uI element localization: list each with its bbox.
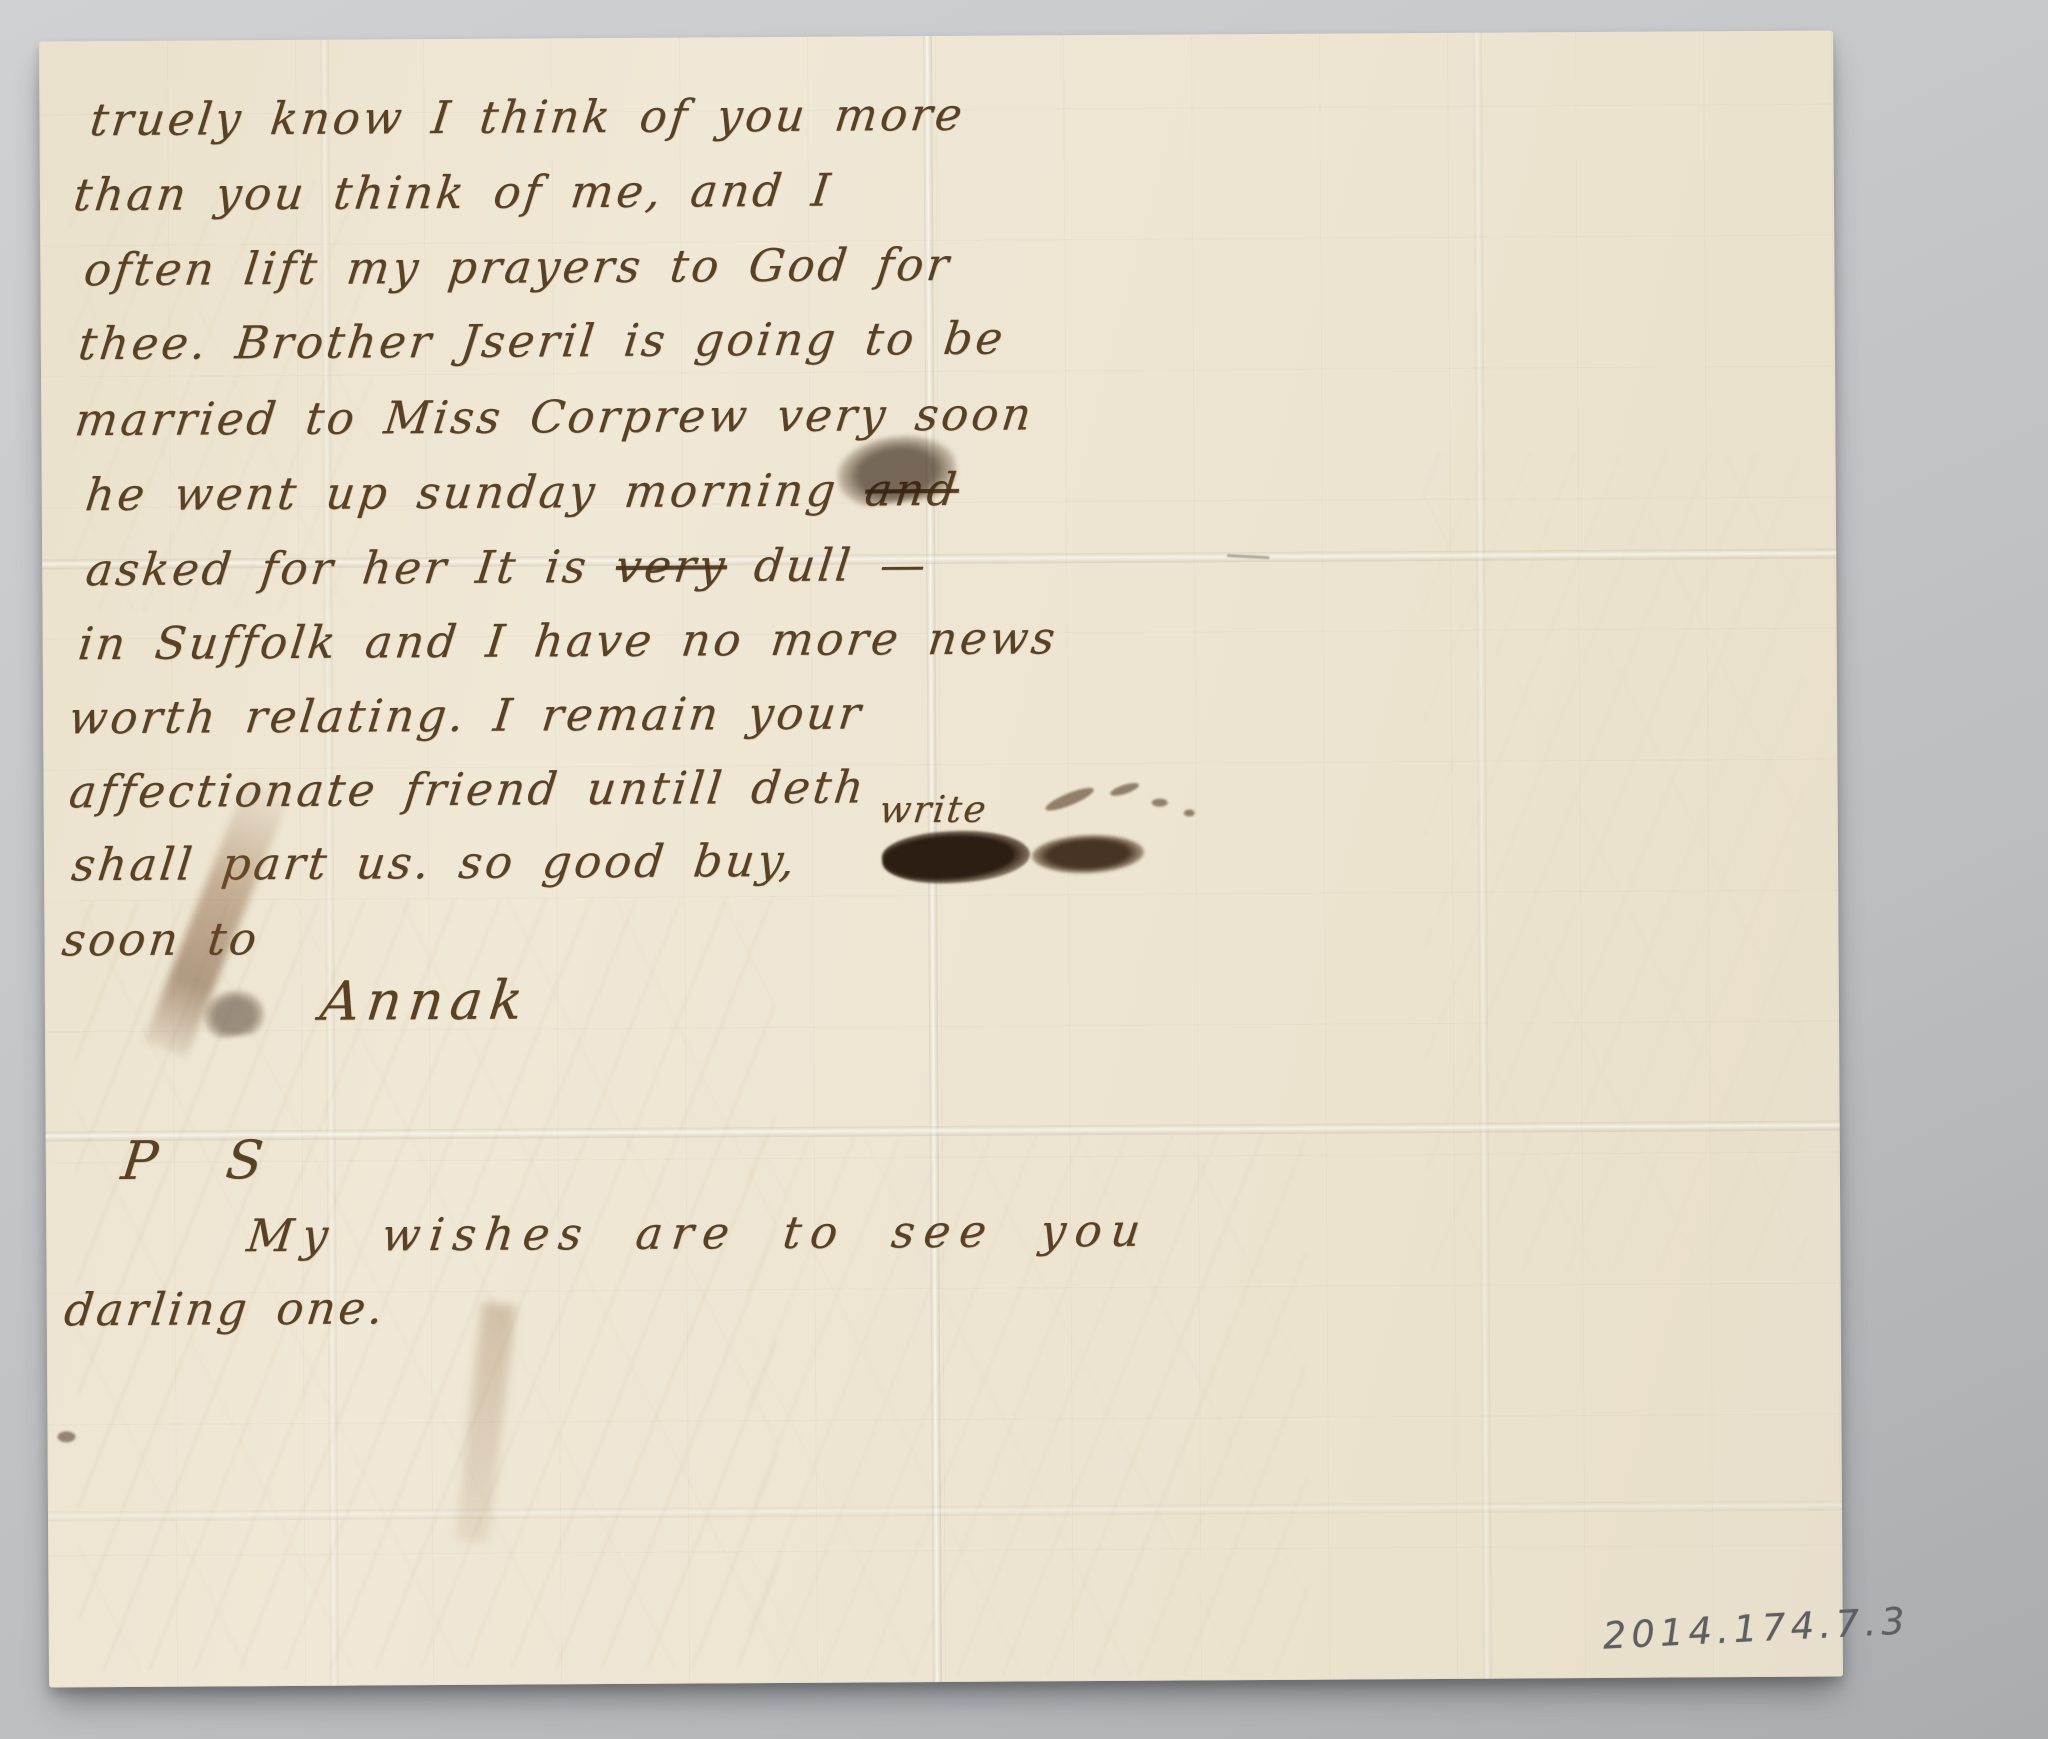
letter-line-10: affectionate friend untill deth: [66, 760, 869, 818]
edge-spot: [57, 1431, 75, 1442]
line-text: often lift my prayers to God for: [81, 238, 954, 296]
ink-speck: [1152, 799, 1168, 807]
letter-line-7: asked for her It is very dull —: [83, 538, 931, 596]
letter-line-8: in Suffolk and I have no more news: [76, 611, 1061, 670]
letter-line-4: thee. Brother Jseril is going to be: [76, 312, 1009, 371]
line-text: worth relating. I remain your: [66, 686, 866, 744]
letter-line-5: married to Miss Corprew very soon: [72, 387, 1037, 446]
letter-line-6: he went up sunday morning and: [83, 463, 962, 521]
letter-line-1: truely know I think of you more: [87, 88, 968, 146]
letter-line-9: worth relating. I remain your: [66, 686, 866, 744]
line-text: dull —: [724, 538, 931, 592]
ink-smear: [455, 1302, 517, 1544]
ink-smear-blob: [200, 987, 267, 1041]
letter-paper: truely know I think of you more than you…: [39, 31, 1843, 1688]
catalog-number: 2014.174.7.3: [1602, 1599, 1911, 1657]
ink-blot: [881, 827, 1032, 888]
fold-crease-horizontal-lower: [48, 1501, 1842, 1522]
line-text: he went up sunday morning: [83, 463, 869, 521]
fold-crease-vertical-right: [1473, 33, 1492, 1679]
postscript-line-2: darling one.: [62, 1281, 389, 1336]
letter-line-11: shall part us. so good buy,: [69, 834, 801, 891]
photo-background: { "document": { "kind": "handwritten let…: [0, 0, 2048, 1739]
line-text: asked for her It is: [83, 540, 619, 596]
postscript-label: P S: [118, 1130, 278, 1192]
postscript-line-1: My wishes are to see you: [244, 1204, 1152, 1263]
paper-crack: [1227, 554, 1269, 559]
letter-line-2: than you think of me, and I: [71, 164, 836, 222]
ink-blot: [1031, 833, 1144, 876]
line-text: soon to: [59, 912, 262, 966]
letter-line-3: often lift my prayers to God for: [81, 238, 954, 296]
line-text: truely know I think of you more: [87, 88, 968, 146]
ink-speck: [1109, 780, 1140, 798]
interline-insertion-write: write: [877, 788, 990, 832]
signature: Annak: [317, 968, 533, 1032]
ink-speck: [1184, 809, 1195, 816]
line-text: thee. Brother Jseril is going to be: [76, 312, 1009, 371]
struck-word: very: [613, 539, 730, 593]
ink-bleed-through: [1422, 451, 1807, 1273]
line-text: affectionate friend untill deth: [66, 760, 869, 818]
struck-word: and: [862, 463, 962, 517]
line-text: in Suffolk and I have no more news: [76, 611, 1061, 670]
fold-crease-horizontal-middle: [46, 1121, 1840, 1142]
line-text: than you think of me, and I: [71, 164, 836, 222]
line-text: married to Miss Corprew very soon: [72, 387, 1037, 446]
line-text: shall part us. so good buy,: [69, 834, 801, 891]
ink-speck: [1043, 784, 1096, 815]
letter-line-12: soon to: [59, 912, 262, 966]
